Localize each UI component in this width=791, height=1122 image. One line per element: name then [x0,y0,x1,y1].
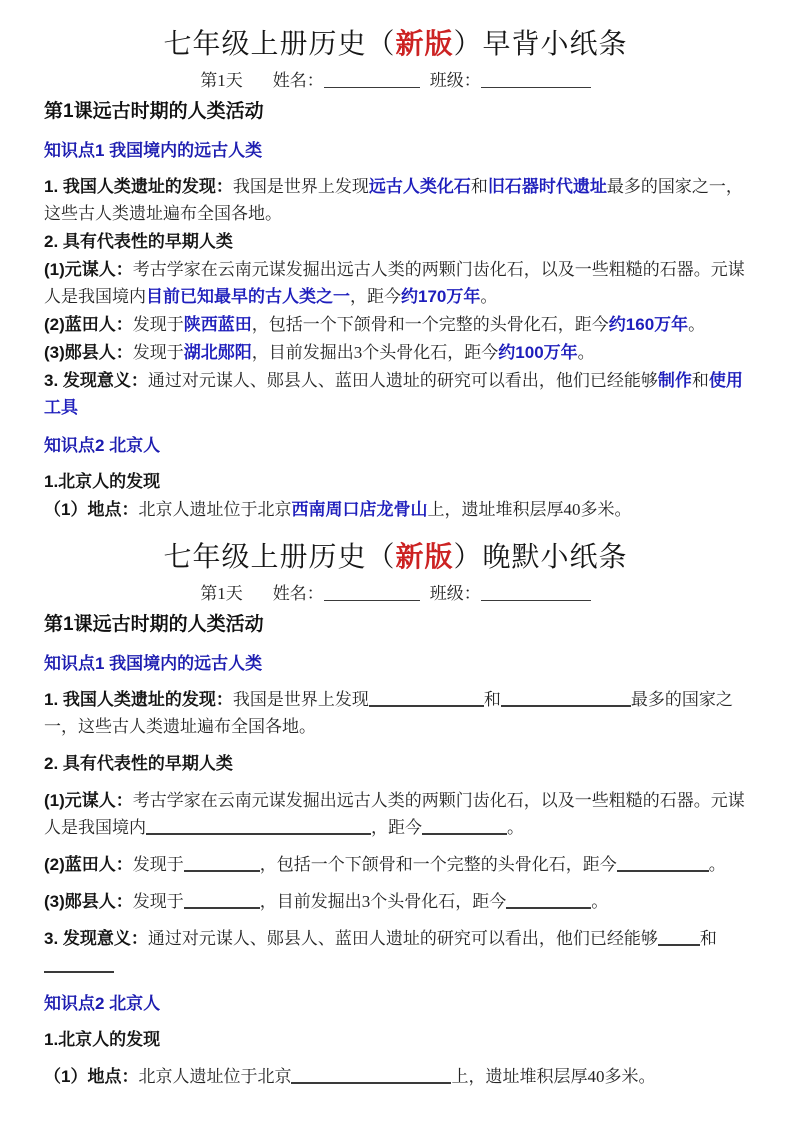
paragraph-label: (3)郧县人： [44,892,133,911]
fill-in-blank [291,1066,451,1084]
knowledge-point-heading: 知识点1 我国境内的远古人类 [44,651,747,676]
paragraph-label: (1)元谋人： [44,791,133,810]
paragraph: (1)元谋人：考古学家在云南元谋发掘出远古人类的两颗门齿化石，以及一些粗糙的石器… [44,256,747,310]
lesson-title: 第1课远古时期的人类活动 [44,98,747,126]
paragraph: (2)蓝田人：发现于陕西蓝田，包括一个下颌骨和一个完整的头骨化石，距今约160万… [44,311,747,338]
paragraph-text: ，包括一个下颌骨和一个完整的头骨化石，距今 [252,315,609,334]
paragraph-text: 上，遗址堆积层厚40多米。 [427,500,631,519]
section-evening-slip: 七年级上册历史（新版）晚默小纸条 第1天姓名：班级： 第1课远古时期的人类活动 … [44,539,747,1090]
paragraph-text: 我国是世界上发现 [233,690,369,709]
key-term: 约170万年 [401,287,480,306]
paragraph-text: 发现于 [133,315,184,334]
paragraph-text: 通过对元谋人、郧县人、蓝田人遗址的研究可以看出，他们已经能够 [148,371,658,390]
section-body: 知识点1 我国境内的远古人类1. 我国人类遗址的发现：我国是世界上发现和最多的国… [44,651,747,1090]
paragraph-text: 和 [692,371,709,390]
paragraph-label: 3. 发现意义： [44,929,148,948]
paragraph-text: 发现于 [133,892,184,911]
fill-in-blank [369,689,484,707]
paragraph-text: 通过对元谋人、郧县人、蓝田人遗址的研究可以看出，他们已经能够 [148,929,658,948]
paragraph-text: 发现于 [133,343,184,362]
title-text-pre: 七年级上册历史（ [163,542,395,573]
title-accent-new-edition: 新版 [395,542,453,573]
paragraph-text: 我国是世界上发现 [233,177,369,196]
paragraph-label: 1.北京人的发现 [44,1030,160,1049]
paragraph: 2. 具有代表性的早期人类 [44,228,747,255]
paragraph-label: 2. 具有代表性的早期人类 [44,232,233,251]
paragraph: 1. 我国人类遗址的发现：我国是世界上发现和最多的国家之一，这些古人类遗址遍布全… [44,686,747,740]
paragraph: (3)郧县人：发现于，目前发掘出3个头骨化石，距今。 [44,888,747,915]
class-fill-blank [481,584,591,601]
title-text-pre: 七年级上册历史（ [163,29,395,60]
paragraph-text: 。 [709,855,726,874]
key-term: 旧石器时代遗址 [488,177,607,196]
paragraph-text: 。 [578,343,595,362]
name-fill-blank [324,584,420,601]
key-term: 湖北郧阳 [184,343,252,362]
fill-in-blank [184,854,260,872]
paragraph-text: ，距今 [350,287,401,306]
paragraph-text: 北京人遗址位于北京 [138,1067,291,1086]
name-label: 姓名： [273,584,324,603]
paragraph-label: 1. 我国人类遗址的发现： [44,690,233,709]
paragraph-text: ，目前发掘出3个头骨化石，距今 [260,892,507,911]
worksheet-page: 七年级上册历史（新版）早背小纸条 第1天姓名：班级： 第1课远古时期的人类活动 … [0,0,791,1122]
class-label: 班级： [430,584,481,603]
key-term: 约100万年 [498,343,577,362]
paragraph: (3)郧县人：发现于湖北郧阳，目前发掘出3个头骨化石，距今约100万年。 [44,339,747,366]
paragraph: 1.北京人的发现 [44,1026,747,1053]
paragraph-label: (3)郧县人： [44,343,133,362]
section-title: 七年级上册历史（新版）早背小纸条 [44,26,747,64]
section-title: 七年级上册历史（新版）晚默小纸条 [44,539,747,577]
fill-in-blank [44,955,114,973]
key-term: 西南周口店龙骨山 [291,500,427,519]
paragraph: 3. 发现意义：通过对元谋人、郧县人、蓝田人遗址的研究可以看出，他们已经能够制作… [44,367,747,421]
paragraph-text: 上，遗址堆积层厚40多米。 [451,1067,655,1086]
paragraph-label: （1）地点： [44,1067,138,1086]
paragraph-text: 。 [688,315,705,334]
key-term: 远古人类化石 [369,177,471,196]
paragraph-text: ，目前发掘出3个头骨化石，距今 [252,343,499,362]
paragraph-text: 。 [507,818,524,837]
paragraph-text: 。 [591,892,608,911]
paragraph: 2. 具有代表性的早期人类 [44,750,747,777]
key-term: 目前已知最早的古人类之一 [146,287,350,306]
paragraph-label: (1)元谋人： [44,260,133,279]
knowledge-point-heading: 知识点2 北京人 [44,433,747,458]
paragraph-text: 。 [480,287,497,306]
fill-in-blank [146,817,371,835]
section-body: 知识点1 我国境内的远古人类1. 我国人类遗址的发现：我国是世界上发现远古人类化… [44,138,747,523]
paragraph-text: 和 [484,690,501,709]
paragraph-label: (2)蓝田人： [44,315,133,334]
paragraph-text: 和 [700,929,717,948]
name-fill-blank [324,71,420,88]
paragraph: (1)元谋人：考古学家在云南元谋发掘出远古人类的两颗门齿化石，以及一些粗糙的石器… [44,787,747,841]
paragraph-text: 发现于 [133,855,184,874]
paragraph-text: 和 [471,177,488,196]
meta-line: 第1天姓名：班级： [44,581,747,607]
name-label: 姓名： [273,71,324,90]
paragraph-label: 3. 发现意义： [44,371,148,390]
knowledge-point-heading: 知识点1 我国境内的远古人类 [44,138,747,163]
paragraph-text: ，包括一个下颌骨和一个完整的头骨化石，距今 [260,855,617,874]
fill-in-blank [506,891,591,909]
paragraph: （1）地点：北京人遗址位于北京西南周口店龙骨山上，遗址堆积层厚40多米。 [44,496,747,523]
meta-line: 第1天姓名：班级： [44,68,747,94]
paragraph-label: 1.北京人的发现 [44,472,160,491]
day-label: 第1天 [200,71,243,90]
fill-in-blank [617,854,709,872]
class-label: 班级： [430,71,481,90]
key-term: 陕西蓝田 [184,315,252,334]
fill-in-blank [501,689,631,707]
fill-in-blank [184,891,260,909]
key-term: 约160万年 [609,315,688,334]
knowledge-point-heading: 知识点2 北京人 [44,991,747,1016]
fill-in-blank [422,817,507,835]
paragraph-label: 2. 具有代表性的早期人类 [44,754,233,773]
class-fill-blank [481,71,591,88]
paragraph-label: 1. 我国人类遗址的发现： [44,177,233,196]
lesson-title: 第1课远古时期的人类活动 [44,611,747,639]
key-term: 制作 [658,371,692,390]
paragraph: 1. 我国人类遗址的发现：我国是世界上发现远古人类化石和旧石器时代遗址最多的国家… [44,173,747,227]
paragraph-text: 北京人遗址位于北京 [138,500,291,519]
fill-in-blank [658,928,700,946]
section-morning-slip: 七年级上册历史（新版）早背小纸条 第1天姓名：班级： 第1课远古时期的人类活动 … [44,26,747,523]
day-label: 第1天 [200,584,243,603]
paragraph-text: ，距今 [371,818,422,837]
paragraph-label: (2)蓝田人： [44,855,133,874]
paragraph-label: （1）地点： [44,500,138,519]
paragraph: 3. 发现意义：通过对元谋人、郧县人、蓝田人遗址的研究可以看出，他们已经能够和 [44,925,747,979]
title-accent-new-edition: 新版 [395,29,453,60]
paragraph: (2)蓝田人：发现于，包括一个下颌骨和一个完整的头骨化石，距今。 [44,851,747,878]
title-text-post: ）早背小纸条 [454,29,628,60]
paragraph: （1）地点：北京人遗址位于北京上，遗址堆积层厚40多米。 [44,1063,747,1090]
paragraph: 1.北京人的发现 [44,468,747,495]
title-text-post: ）晚默小纸条 [454,542,628,573]
